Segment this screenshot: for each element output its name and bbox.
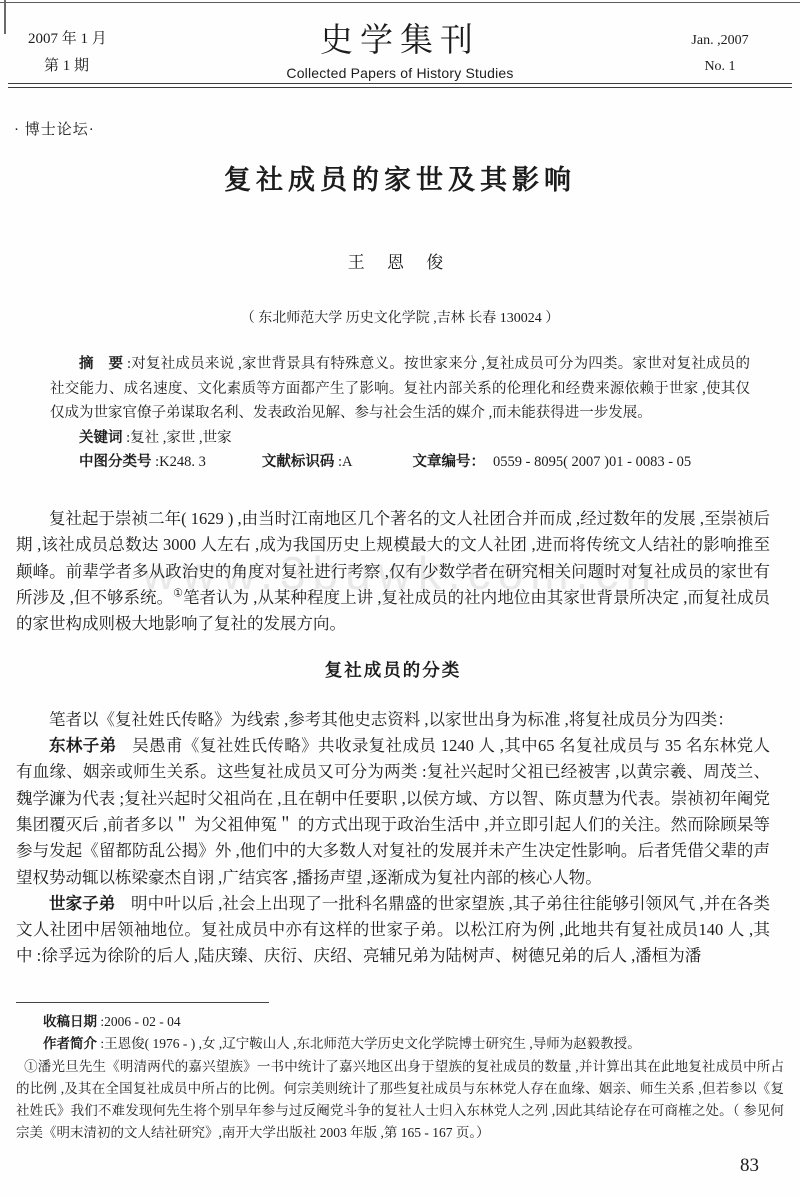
journal-title-en: Collected Papers of History Studies bbox=[200, 65, 600, 81]
body-paragraph-1: 复社起于崇祯二年( 1629 ) ,由当时江南地区几个著名的文人社团合并而成 ,… bbox=[16, 506, 770, 637]
received-date-line: 收稿日期 :2006 - 02 - 04 bbox=[16, 1011, 784, 1033]
classification-line: 中图分类号 :K248. 3文献标识码 :A文章编号：0559 - 8095( … bbox=[50, 450, 750, 475]
doc-code-label: 文献标识码 bbox=[262, 454, 335, 470]
footnote-divider bbox=[16, 1002, 269, 1003]
section-heading: 复社成员的分类 bbox=[16, 657, 770, 683]
keywords-label: 关键词 bbox=[79, 430, 123, 446]
clc-value: :K248. 3 bbox=[152, 454, 206, 470]
header-left: 2007 年 1 月 第 1 期 bbox=[28, 26, 107, 80]
abstract-block: 摘 要 :对复社成员来说 ,家世背景具有特殊意义。按世家来分 ,复社成员可分为四… bbox=[50, 352, 750, 475]
article-affiliation: （ 东北师范大学 历史文化学院 ,吉林 长春 130024 ） bbox=[0, 307, 800, 327]
header-center: 史学集刊 Collected Papers of History Studies bbox=[200, 14, 600, 81]
para4-label: 世家子弟 bbox=[49, 894, 115, 913]
para3-label: 东林子弟 bbox=[49, 736, 117, 755]
keywords-line: 关键词 :复社 ,家世 ,世家 bbox=[50, 426, 750, 451]
clc-label: 中图分类号 bbox=[79, 454, 152, 470]
para3-text: 吴愚甫《复社姓氏传略》共收录复社成员 1240 人 ,其中65 名复社成员与 3… bbox=[16, 736, 770, 886]
para4-text: 明中叶以后 ,社会上出现了一批科名鼎盛的世家望族 ,其子弟往往能够引领风气 ,并… bbox=[16, 894, 770, 966]
keywords-text: :复社 ,家世 ,世家 bbox=[123, 430, 232, 446]
footnote-marker-1: ① bbox=[173, 587, 183, 599]
article-id-label: 文章编号： bbox=[413, 454, 486, 470]
column-label: · 博士论坛· bbox=[14, 118, 95, 139]
author-bio-value: :王恩俊( 1976 - ) ,女 ,辽宁鞍山人 ,东北师范大学历史文化学院博士… bbox=[97, 1036, 641, 1051]
scan-corner-mark bbox=[4, 0, 6, 34]
article-id-value: 0559 - 8095( 2007 )01 - 0083 - 05 bbox=[493, 454, 691, 470]
author-bio-label: 作者简介 bbox=[43, 1036, 97, 1051]
body-paragraph-3: 东林子弟吴愚甫《复社姓氏传略》共收录复社成员 1240 人 ,其中65 名复社成… bbox=[16, 733, 770, 891]
header-right: Jan. ,2007 No. 1 bbox=[660, 28, 780, 80]
article-author: 王 恩 俊 bbox=[0, 248, 800, 273]
page-number: 83 bbox=[740, 1155, 790, 1177]
article-title: 复社成员的家世及其影响 bbox=[0, 158, 800, 197]
doc-code-value: :A bbox=[334, 454, 352, 470]
footnote-area: 收稿日期 :2006 - 02 - 04 作者简介 :王恩俊( 1976 - )… bbox=[16, 1002, 784, 1145]
received-date-value: :2006 - 02 - 04 bbox=[97, 1014, 181, 1029]
abstract-paragraph: 摘 要 :对复社成员来说 ,家世背景具有特殊意义。按世家来分 ,复社成员可分为四… bbox=[50, 352, 750, 426]
header-double-rule bbox=[8, 83, 792, 88]
journal-page: www.3buwk.com.cn 2007 年 1 月 第 1 期 史学集刊 C… bbox=[0, 0, 800, 1198]
body-paragraph-4: 世家子弟明中叶以后 ,社会上出现了一批科名鼎盛的世家望族 ,其子弟往往能够引领风… bbox=[16, 891, 770, 970]
body-paragraph-2: 笔者以《复社姓氏传略》为线索 ,参考其他史志资料 ,以家世出身为标准 ,将复社成… bbox=[16, 707, 770, 733]
scan-edge-line bbox=[0, 2, 800, 3]
footnote-1: ①潘光旦先生《明清两代的嘉兴望族》一书中统计了嘉兴地区出身于望族的复社成员的数量… bbox=[16, 1056, 784, 1145]
journal-issue-cn: 第 1 期 bbox=[28, 53, 107, 80]
journal-date-cn: 2007 年 1 月 bbox=[28, 26, 107, 53]
journal-title-cn: 史学集刊 bbox=[200, 14, 600, 61]
journal-issue-en: No. 1 bbox=[660, 54, 780, 80]
article-body: 复社起于崇祯二年( 1629 ) ,由当时江南地区几个著名的文人社团合并而成 ,… bbox=[16, 506, 770, 970]
abstract-label: 摘 要 bbox=[79, 356, 123, 372]
received-date-label: 收稿日期 bbox=[43, 1014, 97, 1029]
abstract-text: :对复社成员来说 ,家世背景具有特殊意义。按世家来分 ,复社成员可分为四类。家世… bbox=[50, 356, 750, 421]
author-bio-line: 作者简介 :王恩俊( 1976 - ) ,女 ,辽宁鞍山人 ,东北师范大学历史文… bbox=[16, 1033, 784, 1055]
journal-date-en: Jan. ,2007 bbox=[660, 28, 780, 54]
